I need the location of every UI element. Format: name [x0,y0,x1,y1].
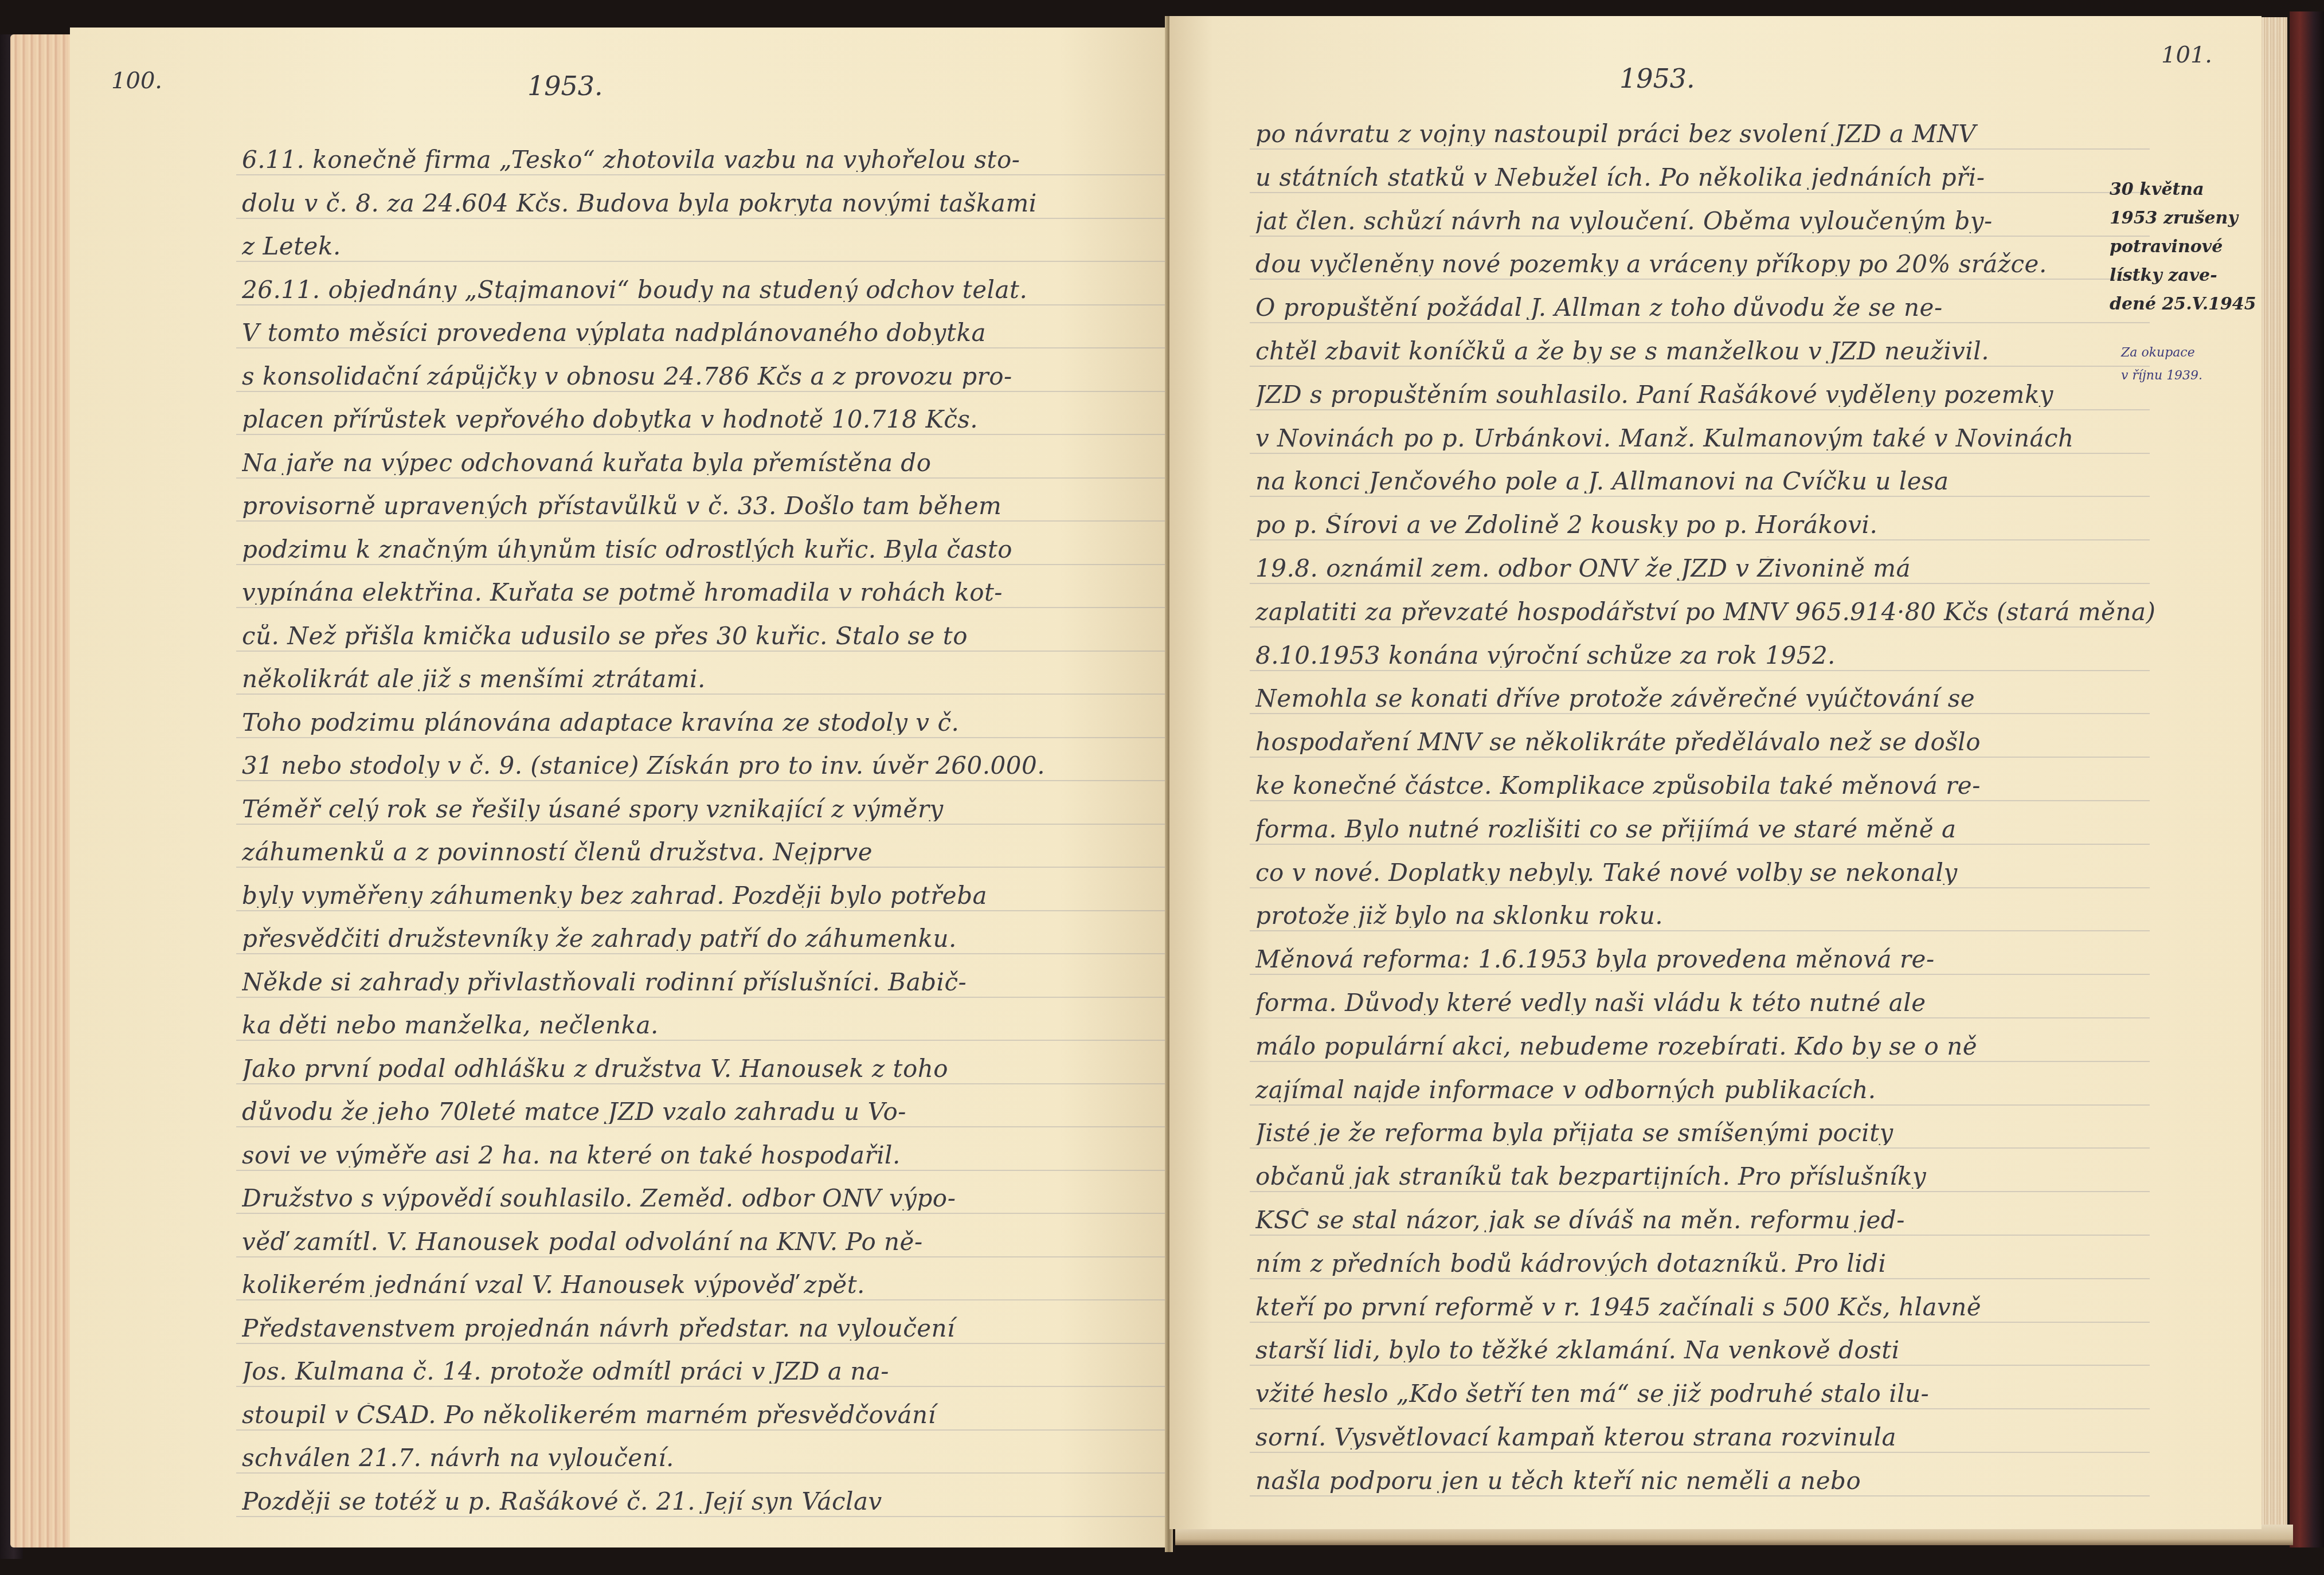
text-line: kteří po první reformě v r. 1945 začínal… [1255,1295,2155,1319]
ruled-line [236,1170,1165,1171]
text-line: dou vyčleněny nové pozemky a vráceny pří… [1255,252,2155,276]
ruled-line [236,1040,1165,1041]
text-line: Měnová reforma: 1.6.1953 byla provedena … [1255,947,2155,971]
text-line: vžité heslo „Kdo šetří ten má“ se již po… [1255,1382,2155,1406]
text-line: u státních statků v Nebužel ích. Po něko… [1255,166,2155,190]
text-line: 19.8. oznámil zem. odbor ONV že JZD v Ži… [1255,557,2155,581]
ruled-line [236,1516,1165,1517]
ruled-line [236,1386,1165,1387]
book-cover-right [2290,11,2324,1547]
year-heading: 1953. [527,70,603,101]
text-line: placen přírůstek vepřového dobytka v hod… [242,408,1171,432]
ruled-line [1250,539,2150,540]
ruled-line [1250,844,2150,845]
page-number: 101. [2161,42,2212,68]
ruled-line [236,304,1165,305]
text-line: zajímal najde informace v odborných publ… [1255,1078,2155,1102]
ruled-line [1250,930,2150,931]
margin-note-line: potravinové [2110,234,2223,260]
ruled-line [236,261,1165,262]
text-line: KSČ se stal názor, jak se díváš na měn. … [1255,1208,2155,1232]
ruled-line [236,737,1165,738]
text-line: záhumenků a z povinností členů družstva.… [242,840,1171,864]
ruled-line [236,694,1165,695]
page-number: 100. [111,68,162,94]
ruled-line [236,564,1165,565]
text-line: JZD s propuštěním souhlasilo. Paní Rašák… [1255,383,2155,407]
right-page: 101. 1953. po návratu z vojny nastoupil … [1169,16,2262,1529]
page-edges-right [2259,17,2287,1530]
ruled-line [1250,1104,2150,1106]
ruled-line [1250,1495,2150,1496]
text-line: forma. Bylo nutné rozlišiti co se přijím… [1255,817,2155,841]
text-line: 26.11. objednány „Stajmanovi“ boudy na s… [242,278,1171,302]
text-line: Představenstvem projednán návrh předstar… [242,1317,1171,1341]
text-line: Nemohla se konati dříve protože závěrečn… [1255,687,2155,711]
text-line: forma. Důvody které vedly naši vládu k t… [1255,991,2155,1015]
ruled-line [236,780,1165,781]
ruled-line [1250,192,2150,193]
ruled-line [1250,1408,2150,1409]
ruled-line [1250,583,2150,584]
ruled-line [1250,800,2150,801]
text-line: O propuštění požádal J. Allman z toho dů… [1255,296,2155,320]
ruled-line [1250,1322,2150,1323]
ruled-line [1250,496,2150,497]
ruled-line [236,174,1165,175]
ruled-line [1250,322,2150,323]
ruled-line [236,651,1165,652]
text-line: kolikerém jednání vzal V. Hanousek výpov… [242,1273,1171,1297]
text-line: v Novinách po p. Urbánkovi. Manž. Kulman… [1255,426,2155,450]
text-line: Toho podzimu plánována adaptace kravína … [242,711,1171,735]
text-line: našla podporu jen u těch kteří nic neměl… [1255,1469,2155,1493]
text-line: málo populární akci, nebudeme rozebírati… [1255,1035,2155,1059]
text-line: dolu v č. 8. za 24.604 Kčs. Budova byla … [242,191,1171,216]
text-line: ke konečné částce. Komplikace způsobila … [1255,774,2155,798]
text-line: Později se totéž u p. Rašákové č. 21. Je… [242,1490,1171,1514]
margin-note-line: Za okupace [2121,343,2195,363]
ruled-line [1250,887,2150,888]
text-line: přesvědčiti družstevníky že zahrady patř… [242,927,1171,951]
ruled-line [236,1343,1165,1344]
text-line: zaplatiti za převzaté hospodářství po MN… [1255,600,2155,624]
text-line: ním z předních bodů kádrových dotazníků.… [1255,1252,2155,1276]
text-line: Na jaře na výpec odchovaná kuřata byla p… [242,451,1171,475]
margin-note-line: dené 25.V.1945 [2110,291,2256,318]
text-line: schválen 21.7. návrh na vyloučení. [242,1446,1171,1470]
ruled-line [236,1083,1165,1084]
text-line: stoupil v ČSAD. Po několikerém marném př… [242,1403,1171,1427]
ruled-line [236,477,1165,479]
ruled-line [236,1126,1165,1127]
ruled-line [1250,713,2150,714]
text-line: Jako první podal odhlášku z družstva V. … [242,1057,1171,1081]
text-line: chtěl zbavit koníčků a že by se s manžel… [1255,339,2155,363]
text-line: ců. Než přišla kmička udusilo se přes 30… [242,624,1171,648]
text-line: V tomto měsíci provedena výplata nadplán… [242,321,1171,345]
ruled-line [1250,626,2150,628]
text-line: byly vyměřeny záhumenky bez zahrad. Pozd… [242,884,1171,908]
ruled-line [1250,366,2150,367]
text-line: po návratu z vojny nastoupil práci bez s… [1255,122,2155,146]
ruled-line [1250,1061,2150,1062]
ruled-line [236,347,1165,348]
page-edges-left [10,34,71,1547]
text-line: Družstvo s výpovědí souhlasilo. Zeměd. o… [242,1186,1171,1210]
text-line: Téměř celý rok se řešily úsané spory vzn… [242,797,1171,821]
text-line: provisorně upravených přístavůlků v č. 3… [242,494,1171,518]
ruled-line [1250,1278,2150,1279]
text-line: Jisté je že reforma byla přijata se smíš… [1255,1121,2155,1145]
text-line: sorní. Vysvětlovací kampaň kterou strana… [1255,1425,2155,1449]
ruled-line [236,1429,1165,1431]
margin-note-line: v říjnu 1939. [2121,366,2202,386]
text-line: co v nové. Doplatky nebyly. Také nové vo… [1255,861,2155,885]
text-line: z Letek. [242,234,1171,258]
ruled-line [1250,1235,2150,1236]
text-line: několikrát ale již s menšími ztrátami. [242,667,1171,691]
ruled-line [236,391,1165,392]
text-line: Někde si zahrady přivlastňovali rodinní … [242,970,1171,994]
text-line: 31 nebo stodoly v č. 9. (stanice) Získán… [242,754,1171,778]
margin-note-line: 1953 zrušeny [2110,205,2238,232]
ruled-line [1250,1452,2150,1453]
ruled-line [236,1472,1165,1474]
ruled-line [236,218,1165,219]
ruled-line [236,520,1165,522]
ruled-line [236,1299,1165,1300]
ruled-line [1250,279,2150,280]
ruled-line [1250,1365,2150,1366]
ruled-line [236,910,1165,911]
ruled-line [1250,670,2150,671]
ruled-line [236,953,1165,954]
text-line: ka děti nebo manželka, nečlenka. [242,1013,1171,1037]
ruled-line [1250,1017,2150,1018]
year-heading: 1953. [1619,63,1695,94]
left-page: 100. 1953. 6.11. konečně firma „Tesko“ z… [70,28,1169,1547]
text-line: na konci Jenčového pole a J. Allmanovi n… [1255,469,2155,493]
ruled-line [1250,453,2150,454]
text-line: občanů jak straníků tak bezpartijních. P… [1255,1165,2155,1189]
open-book: 100. 1953. 6.11. konečně firma „Tesko“ z… [0,0,2324,1575]
text-line: věď zamítl. V. Hanousek podal odvolání n… [242,1230,1171,1254]
ruled-line [1250,1147,2150,1149]
text-line: hospodaření MNV se několikráte předěláva… [1255,730,2155,754]
ruled-line [236,1213,1165,1214]
ruled-line [236,997,1165,998]
ruled-line [236,434,1165,435]
text-line: starší lidi, bylo to těžké zklamání. Na … [1255,1338,2155,1362]
text-line: 6.11. konečně firma „Tesko“ zhotovila va… [242,148,1171,172]
text-line: protože již bylo na sklonku roku. [1255,904,2155,928]
ruled-line [1250,236,2150,237]
ruled-line [1250,1191,2150,1192]
text-line: 8.10.1953 konána výroční schůze za rok 1… [1255,644,2155,668]
text-line: jat člen. schůzí návrh na vyloučení. Obě… [1255,209,2155,233]
text-line: po p. Šírovi a ve Zdolině 2 kousky po p.… [1255,513,2155,537]
ruled-line [236,867,1165,868]
margin-note-line: 30 května [2110,177,2204,203]
text-line: Jos. Kulmana č. 14. protože odmítl práci… [242,1359,1171,1384]
text-line: důvodu že jeho 70leté matce JZD vzalo za… [242,1100,1171,1124]
ruled-line [236,1256,1165,1257]
ruled-line [1250,757,2150,758]
ruled-line [1250,409,2150,410]
text-line: vypínána elektřina. Kuřata se potmě hrom… [242,581,1171,605]
text-line: s konsolidační zápůjčky v obnosu 24.786 … [242,365,1171,389]
text-line: podzimu k značným úhynům tisíc odrostlýc… [242,538,1171,562]
margin-note-line: lístky zave- [2110,262,2217,289]
ruled-line [1250,974,2150,975]
text-line: sovi ve výměře asi 2 ha. na které on tak… [242,1143,1171,1167]
ruled-line [1250,148,2150,150]
ruled-line [236,607,1165,608]
ruled-line [236,824,1165,825]
